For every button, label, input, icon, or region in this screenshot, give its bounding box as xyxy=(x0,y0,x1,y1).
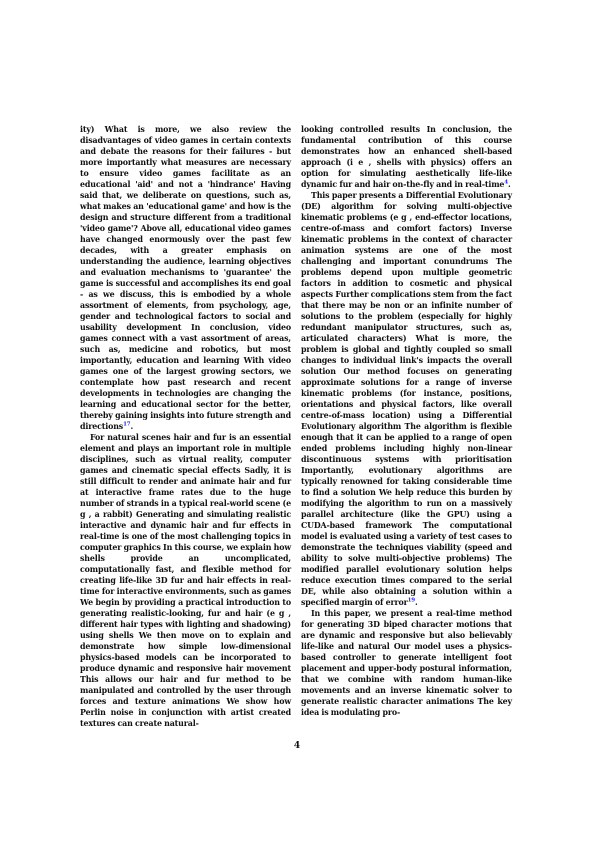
document-page: ity) What is more, we also review the di… xyxy=(0,0,595,842)
page-number: 4 xyxy=(290,741,304,751)
left-column: ity) What is more, we also review the di… xyxy=(80,124,291,729)
paragraph-text: looking controlled results In conclusion… xyxy=(301,125,512,189)
paragraph-text: This paper presents a Differential Evolu… xyxy=(301,191,512,607)
paragraph-text: For natural scenes hair and fur is an es… xyxy=(80,433,291,728)
paragraph-hair-fur: For natural scenes hair and fur is an es… xyxy=(80,432,291,729)
punctuation: . xyxy=(508,180,511,189)
paragraph-text: In this paper, we present a real-time me… xyxy=(301,609,512,717)
punctuation: . xyxy=(130,422,133,431)
paragraph-hair-fur-continued: looking controlled results In conclusion… xyxy=(301,124,512,190)
paragraph-biped-motion: In this paper, we present a real-time me… xyxy=(301,608,512,718)
citation-link[interactable]: 19 xyxy=(408,597,415,603)
paragraph-differential-evolution: This paper presents a Differential Evolu… xyxy=(301,190,512,608)
paragraph-text: ity) What is more, we also review the di… xyxy=(80,125,291,431)
right-column: looking controlled results In conclusion… xyxy=(301,124,512,718)
paragraph-educational-games: ity) What is more, we also review the di… xyxy=(80,124,291,432)
punctuation: . xyxy=(415,598,418,607)
